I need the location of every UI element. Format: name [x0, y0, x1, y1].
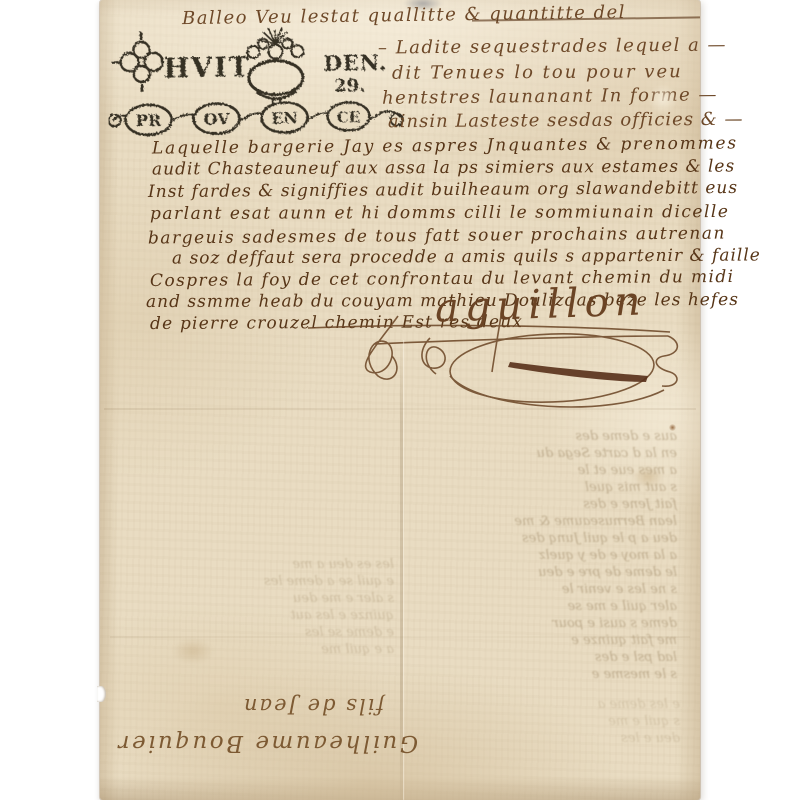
manuscript-line: dit Tenues lo tou pour veu — [392, 61, 683, 84]
stamp-word-left: HVIT — [163, 52, 251, 85]
manuscript-line: a soz deffaut sera procedde a amis quils… — [172, 245, 761, 268]
manuscript-line: audit Chasteauneuf aux assa la ps simier… — [152, 156, 735, 179]
docket-signature-guilheaume-bouquier: Guilheaume Bouquier — [116, 730, 418, 756]
stamp-band-ov: OV — [203, 109, 230, 128]
stamp-band-en: EN — [271, 108, 298, 127]
signature-paraph-flourish — [280, 310, 700, 445]
tax-stamp-ornament-icon: HVIT DEN. 29. — [107, 19, 405, 148]
foxing-stain — [648, 84, 678, 114]
manuscript-line: – Ladite sequestrades lequel a — — [378, 34, 727, 58]
manuscript-line: Balleo Veu lestat quallitte & quantitte … — [182, 2, 626, 29]
edge-tear-nick — [97, 686, 106, 702]
verso-showthrough-text: les es deu a me e quil se a deme les s a… — [126, 556, 394, 658]
manuscript-line: Inst fardes & signiffies audit builheaum… — [148, 178, 738, 202]
stamp-provence-band: PR OV EN CE — [108, 100, 402, 135]
stamp-fleuron-icon — [111, 32, 163, 93]
verso-showthrough-text: e les deme a s quil e me deu e les — [400, 696, 680, 747]
docket-note-fils-de-jean: fils de Jean — [242, 694, 384, 718]
manuscript-line: parlant esat aunn et hi domms cilli le s… — [150, 202, 729, 224]
manuscript-line: bargeuis sadesmes de tous fatt souer pro… — [148, 223, 726, 248]
horizontal-crease — [104, 408, 696, 410]
stamp-band-ce: CE — [337, 108, 361, 126]
stamp-number: 29. — [334, 75, 366, 97]
document-paper: HVIT DEN. 29. — [100, 0, 700, 800]
manuscript-line: Laquelle bargerie Jay es aspres Jnquante… — [152, 133, 738, 158]
scanned-document-image: HVIT DEN. 29. — [0, 0, 800, 800]
stamp-band-pr: PR — [136, 111, 162, 130]
manuscript-line: ainsin Lasteste sesdas officies & — — [388, 109, 744, 132]
verso-showthrough-text: aus e deme des en la d carte Sega du a m… — [392, 428, 677, 683]
tax-stamp: HVIT DEN. 29. — [107, 19, 405, 152]
